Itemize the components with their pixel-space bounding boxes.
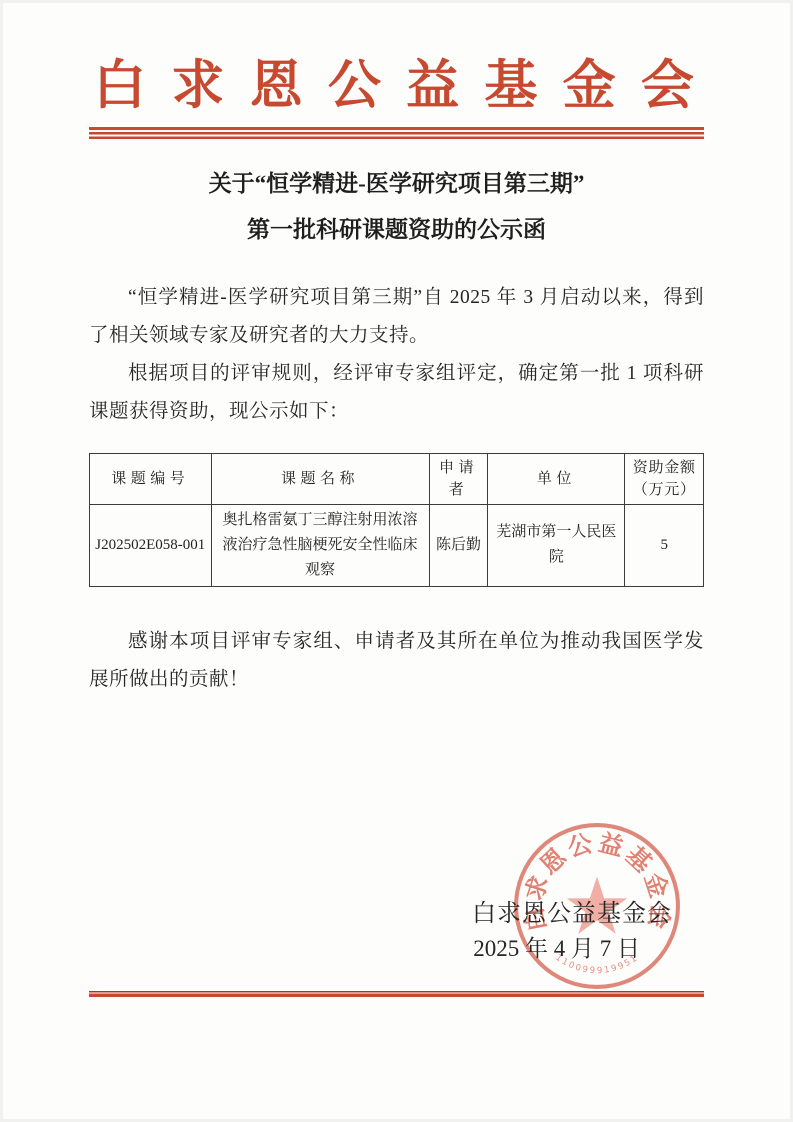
document-page: 白 求 恩 公 益 基 金 会 关于“恒学精进-医学研究项目第三期” 第一批科研… <box>3 3 790 1119</box>
grant-table: 课题编号课题名称申请者单位资助金额 （万元） J202502E058-001奥扎… <box>89 453 704 587</box>
table-header-cell: 单位 <box>488 453 625 504</box>
table-body: J202502E058-001奥扎格雷氨丁三醇注射用浓溶液治疗急性脑梗死安全性临… <box>90 504 704 586</box>
doc-title-line2: 第一批科研课题资助的公示函 <box>89 207 704 253</box>
table-row: J202502E058-001奥扎格雷氨丁三醇注射用浓溶液治疗急性脑梗死安全性临… <box>90 504 704 586</box>
paragraph-intro: “恒学精进-医学研究项目第三期”自 2025 年 3 月启动以来，得到了相关领域… <box>89 279 704 355</box>
table-header-cell: 申请者 <box>429 453 488 504</box>
doc-title-line1: 关于“恒学精进-医学研究项目第三期” <box>89 161 704 207</box>
table-cell: 陈后勤 <box>429 504 488 586</box>
table-header-row: 课题编号课题名称申请者单位资助金额 （万元） <box>90 453 704 504</box>
signature-date: 2025 年 4 月 7 日 <box>473 930 640 963</box>
table-cell: J202502E058-001 <box>90 504 212 586</box>
signature-organization: 白求恩公益基金会 <box>472 893 672 928</box>
table-header-cell: 课题编号 <box>90 453 212 504</box>
table-cell: 5 <box>625 504 704 586</box>
table-header-cell: 资助金额 （万元） <box>625 453 704 504</box>
table-header-cell: 课题名称 <box>211 453 429 504</box>
header-rule <box>89 127 704 139</box>
doc-title: 关于“恒学精进-医学研究项目第三期” 第一批科研课题资助的公示函 <box>89 161 704 253</box>
table-cell: 芜湖市第一人民医院 <box>488 504 625 586</box>
table-cell: 奥扎格雷氨丁三醇注射用浓溶液治疗急性脑梗死安全性临床观察 <box>211 504 429 586</box>
org-title: 白 求 恩 公 益 基 金 会 <box>89 55 704 119</box>
paragraph-closing: 感谢本项目评审专家组、申请者及其所在单位为推动我国医学发展所做出的贡献！ <box>89 623 704 699</box>
paragraph-review-result: 根据项目的评审规则，经评审专家组评定，确定第一批 1 项科研课题获得资助，现公示… <box>89 355 704 431</box>
